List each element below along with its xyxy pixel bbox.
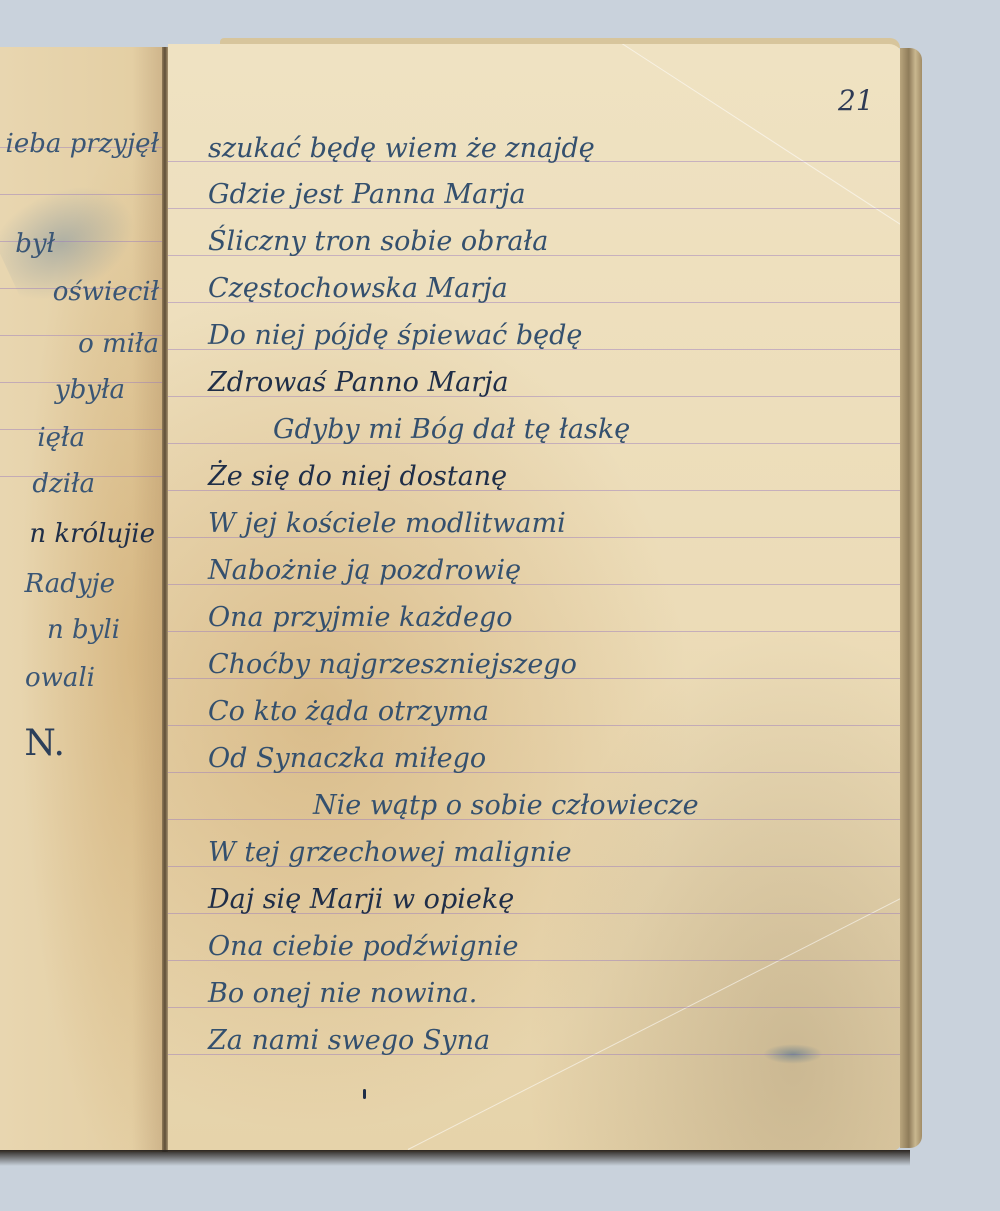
left-page-fragment: ybyła [55,373,125,407]
poem-line: Gdyby mi Bóg dał tę łaskę [273,413,630,447]
poem-line: Od Synaczka miłego [208,742,486,776]
poem-line: Daj się Marji w opiekę [208,883,514,917]
poem-line: Do niej pójdę śpiewać będę [208,319,582,353]
poem-line: W tej grzechowej malignie [208,836,572,870]
poem-text: szukać będę wiem że znajdę Gdzie jest Pa… [168,44,903,1152]
left-page-fragment: ieba przyjęł [6,127,159,161]
poem-line: Nie wątp o sobie człowiecze [313,789,699,823]
poem-line: Bo onej nie nowina. [208,977,477,1011]
left-page-fragment: owali [25,661,95,695]
ruling-line [0,194,165,195]
poem-line: szukać będę wiem że znajdę [208,132,595,166]
poem-line: Ona przyjmie każdego [208,601,513,635]
left-page-fragment: n byli [47,613,120,647]
right-page: 21 szukać będę wiem że znajdę Gdzie jest… [168,44,903,1152]
left-page-fragment: Radyje [25,567,115,601]
poem-line: Za nami swego Syna [208,1024,490,1058]
page-block-edge [900,48,922,1148]
left-page-signature: N. [24,727,65,761]
left-page-fragment: oświecił [53,275,159,309]
poem-line: Śliczny tron sobie obrała [208,225,548,259]
book-shadow [0,1150,910,1166]
left-page: ieba przyjęł był oświecił o miła ybyła i… [0,47,165,1152]
left-page-fragment: n królujie [29,517,155,551]
poem-line: Choćby najgrzeszniejszego [208,648,577,682]
left-page-fragment: był [15,227,55,261]
poem-line: Nabożnie ją pozdrowię [208,554,521,588]
poem-line: Gdzie jest Panna Marja [208,178,526,212]
poem-line: Częstochowska Marja [208,272,508,306]
poem-line: Że się do niej dostanę [208,460,507,494]
left-page-fragment: o miła [78,327,159,361]
left-page-fragment: dziła [32,467,95,501]
poem-line: Zdrowaś Panno Marja [208,366,509,400]
poem-line: W jej kościele modlitwami [208,507,566,541]
ink-blot [763,1044,823,1064]
ink-dot [363,1089,366,1099]
poem-line: Ona ciebie podźwignie [208,930,519,964]
left-page-fragment: ięła [37,421,85,455]
poem-line: Co kto żąda otrzyma [208,695,489,729]
